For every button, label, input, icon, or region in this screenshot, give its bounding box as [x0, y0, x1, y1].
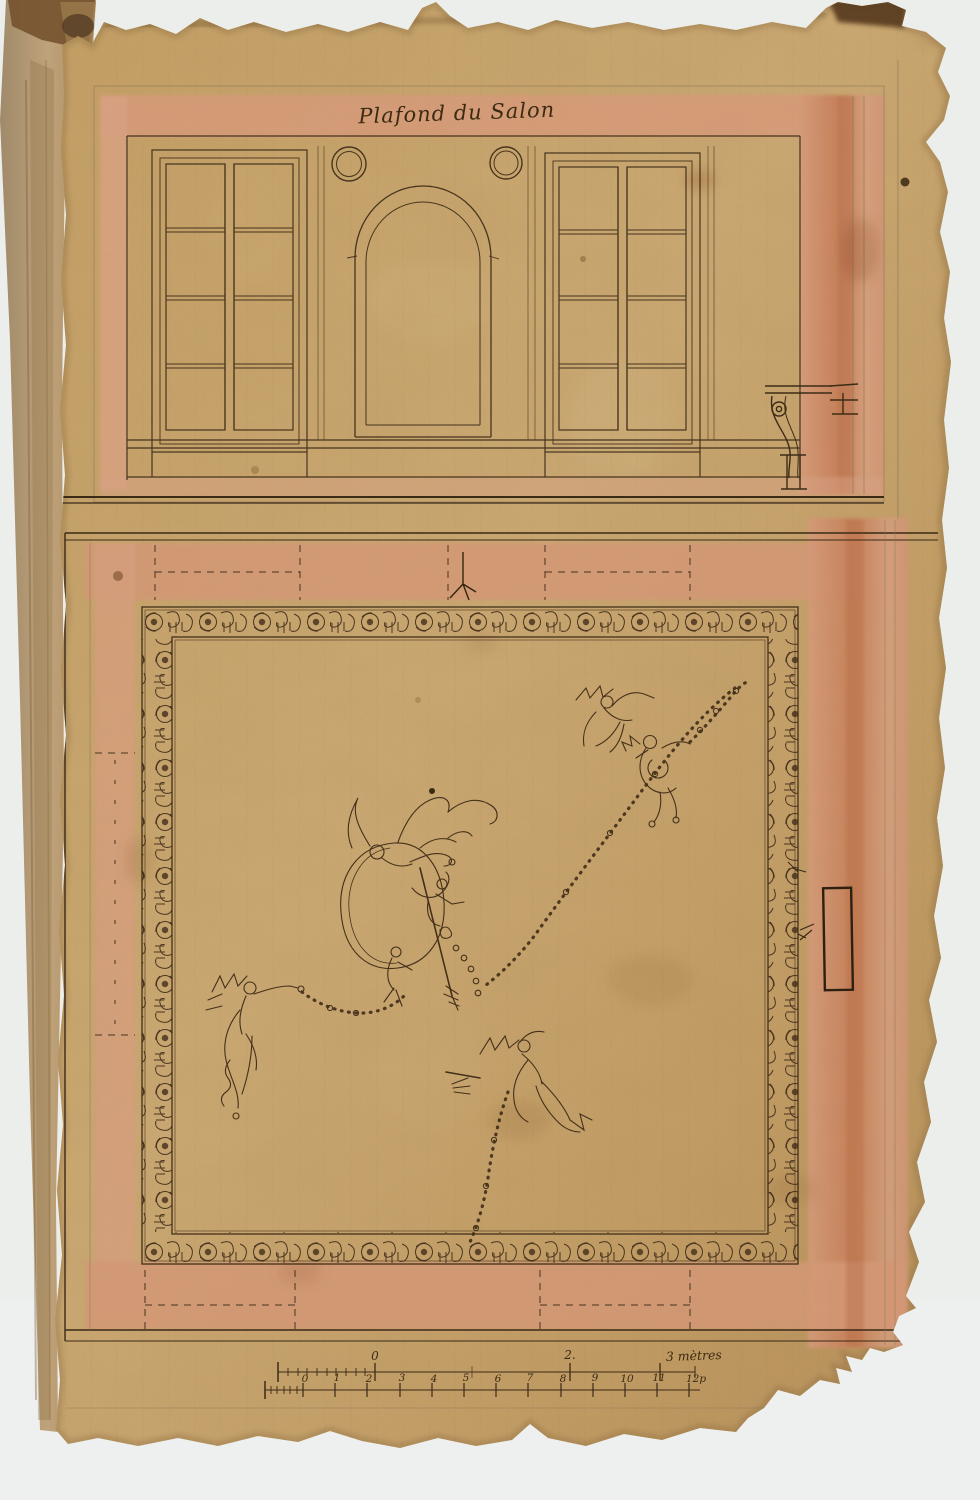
- pied-tick-12: 12p: [686, 1373, 706, 1385]
- pied-tick-2: 2: [365, 1373, 373, 1385]
- metre-end-label: 3 mètres: [666, 1347, 722, 1364]
- plan-wall-band-left: [95, 543, 135, 1313]
- pied-tick-7: 7: [527, 1372, 534, 1384]
- ink-spot: [901, 178, 910, 187]
- drawing-canvas: Plafond du Salon: [0, 0, 980, 1500]
- scanned-drawing-sheet: Plafond du Salon: [0, 0, 980, 1500]
- pied-tick-6: 6: [495, 1373, 502, 1385]
- pied-tick-9: 9: [592, 1372, 599, 1384]
- metre-tick-two: 2.: [563, 1348, 575, 1362]
- metre-tick-zero: 0: [371, 1349, 379, 1363]
- pied-tick-4: 4: [430, 1373, 438, 1385]
- pied-tick-5: 5: [463, 1372, 470, 1384]
- pied-tick-1: 1: [334, 1372, 341, 1384]
- pied-tick-11: 11: [652, 1372, 665, 1384]
- ink-blot: [429, 788, 435, 794]
- plan-wall-band-bottom: [85, 1262, 905, 1330]
- pied-tick-8: 8: [560, 1373, 567, 1385]
- pied-tick-10: 10: [620, 1373, 634, 1385]
- pied-tick-0: 0: [302, 1373, 309, 1385]
- pied-tick-3: 3: [399, 1372, 406, 1384]
